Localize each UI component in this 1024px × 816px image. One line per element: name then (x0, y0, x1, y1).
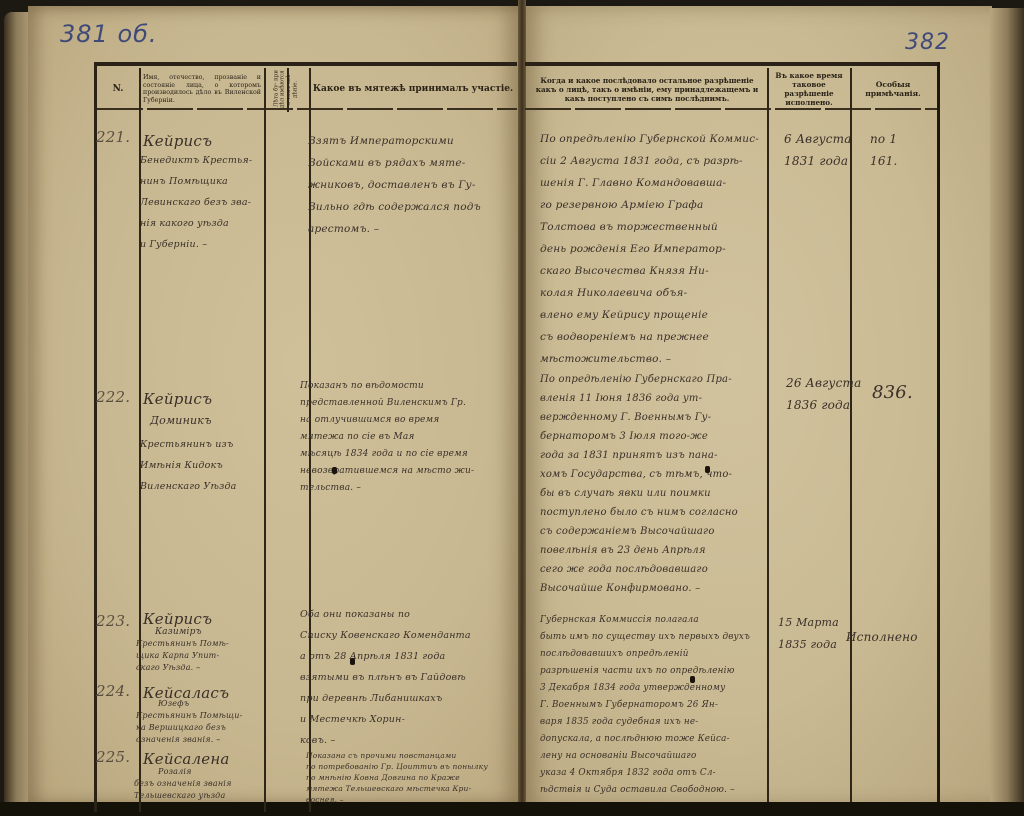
entry-resolution: По опредѣленію Губернской Коммис- сіи 2 … (540, 128, 759, 370)
entry-surname: Кейрисъ (143, 132, 212, 150)
entry-surname: Кейрисъ (143, 390, 212, 408)
entry-executed-date: 6 Августа 1831 года (784, 128, 852, 172)
header-name: Имя, отечество, прозваніе и состояніе ли… (143, 70, 261, 108)
entry-details: Бенедиктъ Крестья- нинъ Помѣщика Левинск… (140, 150, 252, 255)
column-divider (767, 68, 769, 802)
header-resolution: Когда и какое послѣдовало остальное разр… (529, 70, 765, 108)
header-number: N. (97, 70, 139, 108)
column-divider (264, 68, 266, 812)
entry-participation: Взятъ Императорскими Войсками въ рядахъ … (308, 130, 481, 240)
header-participation: Какое въ мятежѣ принималъ участіе. (311, 70, 515, 108)
header-rule (525, 108, 937, 110)
entry-number: 223. (96, 612, 130, 630)
entry-resolution: Губернская Коммиссія полагала быть имъ п… (540, 612, 750, 799)
entry-number: 221. (96, 128, 130, 146)
table-top-rule (97, 62, 517, 66)
page-edges-right (990, 8, 1024, 808)
entry-executed-date: 26 Августа 1836 года (786, 372, 861, 416)
entry-details: безъ означенія званія Тельшевскаго уѣзда (134, 778, 232, 802)
entry-resolution: По опредѣленію Губернскаго Пра- вленія 1… (540, 370, 738, 598)
folio-number-right: 382 (905, 30, 950, 55)
entry-participation: Оба они показаны по Списку Ковенскаго Ко… (300, 604, 471, 751)
entry-given-name: Юзефъ (158, 698, 189, 710)
entry-executed-date: 15 Марта 1835 года (778, 612, 839, 656)
entry-number: 222. (96, 388, 130, 406)
ink-blot (690, 676, 695, 683)
ink-blot (350, 658, 355, 665)
column-divider (850, 68, 852, 802)
entry-remarks: Исполнено (846, 630, 918, 644)
ink-blot (705, 466, 710, 473)
entry-given-name: Казиміръ (155, 626, 202, 638)
header-remarks: Особыя примѣчанія. (853, 70, 933, 108)
entry-participation: Показанъ по вѣдомости представленной Вил… (300, 378, 474, 497)
entry-given-name: Розалія (158, 766, 192, 778)
folio-number-left: 381 об. (60, 20, 158, 48)
entry-details: Крестьянинъ изъ Имѣнія Кидокъ Виленскаго… (140, 434, 237, 497)
entry-number: 224. (96, 682, 130, 700)
header-executed: Въ какое время таковое разрѣшеніе исполн… (771, 70, 847, 108)
header-year: Лѣта бу- при дѣл имѣются о томъ свѣ- дѣн… (266, 70, 306, 108)
entry-details: Крестьянинъ Помѣщи- ка Вершицкаго безъ о… (136, 710, 242, 746)
entry-remarks: по 1 161. (870, 128, 898, 172)
entry-details: Крестьянинъ Помѣ- щика Карпа Упит- скаго… (136, 638, 229, 674)
entry-number: 225. (96, 748, 130, 766)
entry-remarks: 836. (872, 382, 913, 403)
entry-given-name: Доминикъ (150, 410, 212, 431)
entry-participation: Показана съ прочими повстанцами по потре… (306, 750, 488, 805)
table-top-rule (525, 62, 937, 66)
ink-blot (332, 467, 337, 474)
header-rule (97, 108, 517, 110)
